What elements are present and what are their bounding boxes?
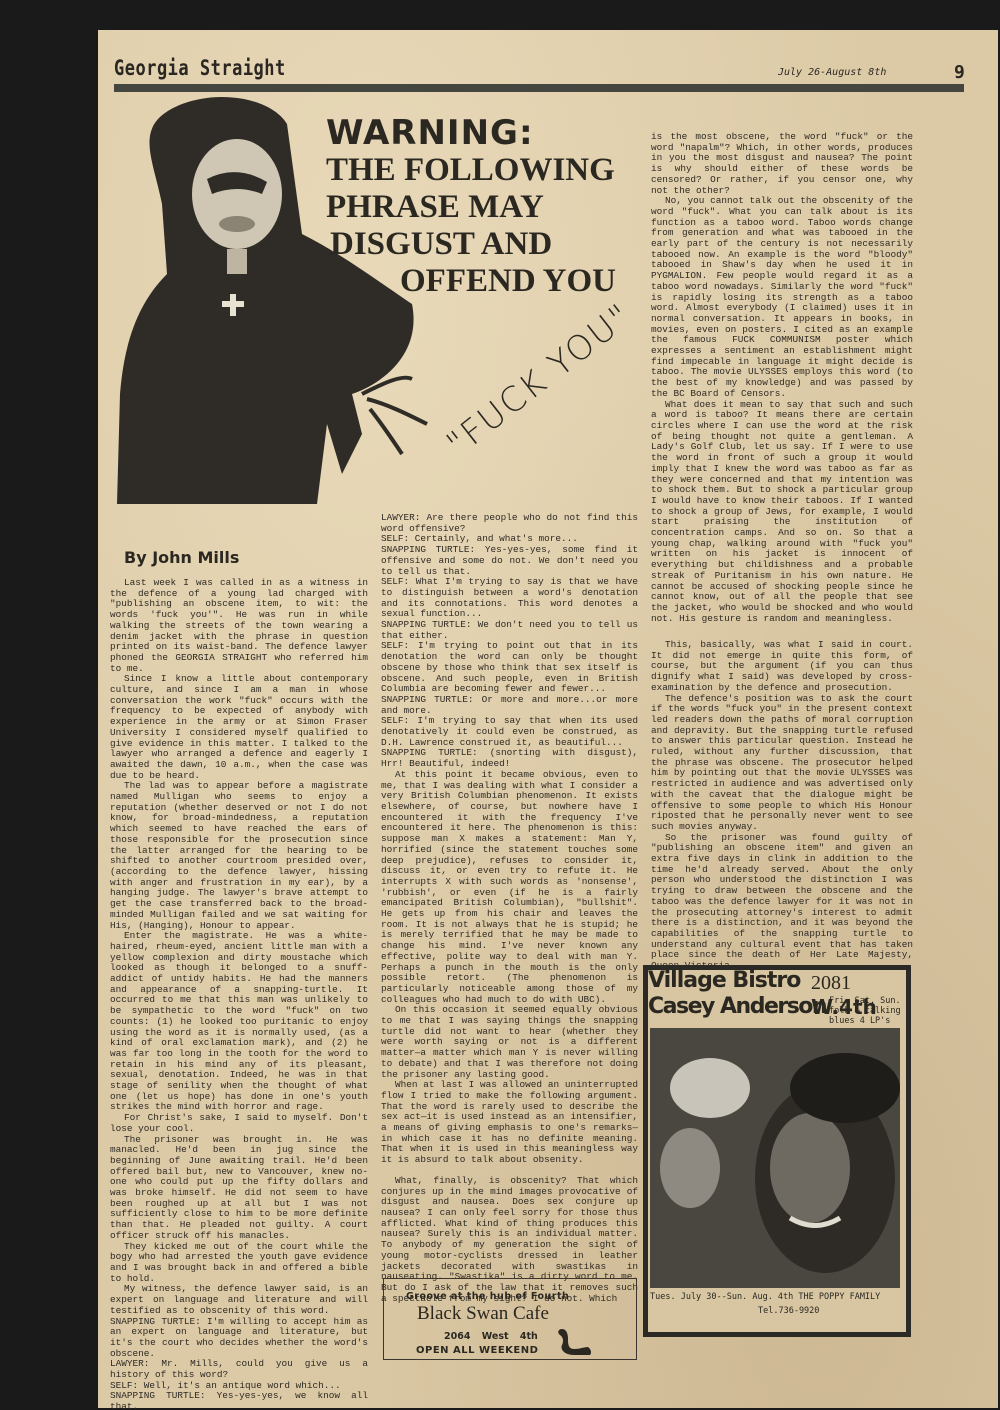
paragraph: For Christ's sake, I said to myself. Don… [110,1113,368,1134]
village-bistro-ad: Village Bistro 2081 W.4th Casey Anderson… [643,965,911,1337]
headline-line: OFFEND YOU [400,265,616,298]
issue-date: July 26-August 8th [778,67,886,78]
dialogue-line: LAWYER: Are there people who do not find… [381,513,638,534]
paragraph: Since I know a little about contemporary… [110,674,368,781]
paragraph: Enter the magistrate. He was a white-hai… [110,931,368,1113]
paragraph: The defence's position was to ask the co… [651,694,913,833]
ad-address-number: 2081 [811,972,851,994]
dialogue-line: SELF: I'm trying to point out that in it… [381,641,638,695]
paragraph: The prisoner was brought in. He was mana… [110,1135,368,1242]
paragraph: What does it mean to say that such and s… [651,400,913,625]
page-number: 9 [954,62,965,83]
dialogue-line: LAWYER: Mr. Mills, could you give us a h… [110,1359,368,1380]
headline-line: PHRASE MAY [326,191,616,224]
paragraph: So the prisoner was found guilty of "pub… [651,833,913,972]
paragraph: The lad was to appear before a magistrat… [110,781,368,931]
dialogue-line: SNAPPING TURTLE: Yes-yes-yes, some find … [381,545,638,577]
ad-venue-name: Village Bistro [648,970,800,992]
ad-details: Fri. Sat. Sun. folk & talking blues 4 LP… [829,996,909,1026]
artist-photo [650,1028,900,1288]
ad-phone: Tel.736-9920 [758,1306,819,1316]
warning-headline: WARNING: THE FOLLOWING PHRASE MAY DISGUS… [326,116,616,298]
dialogue-line: SNAPPING TURTLE: We don't need you to te… [381,620,638,641]
dialogue-line: SNAPPING TURTLE: I'm willing to accept h… [110,1317,368,1360]
byline: By John Mills [124,548,239,567]
masthead-rule [114,84,964,92]
black-swan-cafe-ad: Groove at the hub of Fourth Black Swan C… [383,1278,637,1360]
ad-dates: Tues. July 30--Sun. Aug. 4th THE POPPY F… [650,1292,880,1302]
article-column-3-continued: This, basically, was what I said in cour… [651,640,913,983]
portrait-illustration [650,1028,900,1288]
ad-venue-name: Black Swan Cafe [417,1303,549,1325]
paragraph: My witness, the defence lawyer said, is … [110,1284,368,1316]
paragraph: No, you cannot talk out the obscenity of… [651,196,913,399]
headline-line: THE FOLLOWING [326,154,616,187]
paragraph: Last week I was called in as a witness i… [110,578,368,674]
paragraph: is the most obscene, the word "fuck" or … [651,132,913,196]
ad-address: 2064 West 4th [444,1331,538,1342]
ad-artist: Casey Anderson [648,994,826,1019]
swan-icon [554,1325,594,1357]
paragraph: They kicked me out of the court while th… [110,1242,368,1285]
dialogue-line: SNAPPING TURTLE: (snorting with disgust)… [381,748,638,769]
article-column-3: is the most obscene, the word "fuck" or … [651,132,913,624]
dialogue-line: SNAPPING TURTLE: Yes-yes-yes, we know al… [110,1391,368,1410]
paragraph: When at last I was allowed an uninterrup… [381,1080,638,1166]
headline-line: DISGUST AND [330,228,616,261]
paragraph: At this point it became obvious, even to… [381,770,638,1005]
headline-warning: WARNING: [326,116,616,150]
dialogue-line: SNAPPING TURTLE: Or more and more...or m… [381,695,638,716]
ad-tagline: Groove at the hub of Fourth [406,1291,569,1302]
newspaper-page: Georgia Straight July 26-August 8th 9 WA… [98,30,998,1408]
ad-hours: OPEN ALL WEEKEND [416,1345,538,1356]
paragraph: On this occasion it seemed equally obvio… [381,1005,638,1080]
masthead-title: Georgia Straight [114,56,286,81]
dialogue-line: SELF: I'm trying to say that when its us… [381,716,638,748]
dialogue-line: SELF: What I'm trying to say is that we … [381,577,638,620]
paragraph: This, basically, was what I said in cour… [651,640,913,694]
article-column-2: LAWYER: Are there people who do not find… [381,513,638,1304]
article-column-1: Last week I was called in as a witness i… [110,578,368,1410]
